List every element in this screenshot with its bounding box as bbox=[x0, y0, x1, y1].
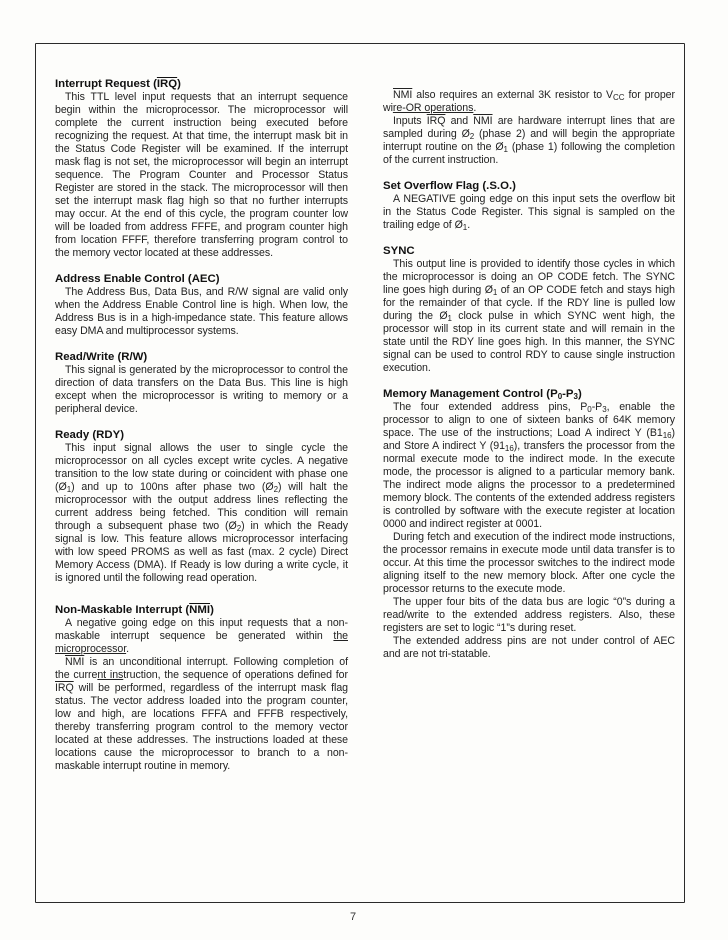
section-irq: Interrupt Request (IRQ) This TTL level i… bbox=[55, 78, 348, 260]
paragraph-sync: This output line is provided to identify… bbox=[383, 258, 675, 375]
section-aec: Address Enable Control (AEC) The Address… bbox=[55, 273, 348, 338]
paragraph-mmc-3: The upper four bits of the data bus are … bbox=[383, 596, 675, 635]
subscript-text: 16 bbox=[505, 444, 514, 453]
text-fragment: will be performed, regardless of the int… bbox=[55, 682, 348, 772]
text-fragment: IRQ bbox=[55, 682, 74, 694]
text-fragment: A negative going edge on this input requ… bbox=[55, 617, 348, 642]
text-fragment: Ø bbox=[462, 128, 470, 140]
section-nmi: Non-Maskable Interrupt (NMI) A negative … bbox=[55, 604, 348, 773]
paragraph-mmc-4: The extended address pins are not under … bbox=[383, 635, 675, 661]
heading-nmi: Non-Maskable Interrupt (NMI) bbox=[55, 604, 348, 617]
text-fragment: The four extended address pins, P bbox=[393, 401, 587, 413]
paragraph-nmi-2: NMI is an unconditional interrupt. Follo… bbox=[55, 656, 348, 773]
text-fragment: A NEGATIVE going edge on this input sets… bbox=[383, 193, 675, 231]
text-fragment: . bbox=[467, 219, 470, 231]
text-fragment: and bbox=[445, 115, 473, 127]
heading-irq: Interrupt Request (IRQ) bbox=[55, 78, 348, 91]
section-so: Set Overflow Flag (.S.O.) A NEGATIVE goi… bbox=[383, 180, 675, 232]
section-rdy: Ready (RDY) This input signal allows the… bbox=[55, 429, 348, 585]
subscript-text: 16 bbox=[663, 431, 672, 440]
paragraph-mmc-2: During fetch and execution of the indire… bbox=[383, 531, 675, 596]
text-fragment: Ø bbox=[228, 520, 236, 532]
heading-rw: Read/Write (R/W) bbox=[55, 351, 348, 364]
text-fragment: Inputs bbox=[393, 115, 427, 127]
text-fragment: -P bbox=[562, 388, 573, 400]
paragraph-interrupt-inputs: Inputs IRQ and NMI are hardware interrup… bbox=[383, 115, 675, 167]
heading-rdy: Ready (RDY) bbox=[55, 429, 348, 442]
paragraph-rw: This signal is generated by the micropro… bbox=[55, 364, 348, 416]
section-nmi-continued: NMI also requires an external 3K resisto… bbox=[383, 89, 675, 167]
text-fragment: truction, the sequence of operations def… bbox=[123, 669, 348, 681]
paragraph-so: A NEGATIVE going edge on this input sets… bbox=[383, 193, 675, 232]
text-fragment: nt ins bbox=[97, 669, 123, 681]
text-fragment: NMI bbox=[473, 115, 492, 127]
text-fragment: Ø bbox=[58, 481, 66, 493]
paragraph-mmc-1: The four extended address pins, P0-P3, e… bbox=[383, 401, 675, 531]
text-fragment: re-OR operations bbox=[393, 102, 473, 114]
paragraph-aec: The Address Bus, Data Bus, and R/W signa… bbox=[55, 286, 348, 338]
text-fragment: ) and up to 100ns after phase two ( bbox=[71, 481, 265, 493]
signal-irq: IRQ bbox=[157, 78, 177, 90]
text-fragment: NMI bbox=[393, 89, 412, 101]
text-fragment: ), transfers the processor from the norm… bbox=[383, 440, 675, 530]
text-fragment: . bbox=[126, 643, 129, 655]
text-fragment: NMI bbox=[65, 656, 84, 668]
heading-sync: SYNC bbox=[383, 245, 675, 258]
text-fragment: ) bbox=[578, 388, 582, 400]
signal-nmi: NMI bbox=[189, 604, 210, 616]
text-fragment: Ø bbox=[265, 481, 273, 493]
page-number: 7 bbox=[350, 911, 356, 923]
paragraph-rdy: This input signal allows the user to sin… bbox=[55, 442, 348, 585]
text-fragment: IRQ bbox=[427, 115, 446, 127]
section-sync: SYNC This output line is provided to ide… bbox=[383, 245, 675, 375]
section-rw: Read/Write (R/W) This signal is generate… bbox=[55, 351, 348, 416]
paragraph-irq: This TTL level input requests that an in… bbox=[55, 91, 348, 260]
heading-so: Set Overflow Flag (.S.O.) bbox=[383, 180, 675, 193]
section-mmc: Memory Management Control (P0-P3) The fo… bbox=[383, 388, 675, 661]
text-fragment: . bbox=[473, 102, 476, 114]
text-fragment: Ø bbox=[495, 141, 503, 153]
left-column: Interrupt Request (IRQ) This TTL level i… bbox=[55, 78, 348, 786]
text-fragment: -P bbox=[592, 401, 603, 413]
text-fragment: Ø bbox=[439, 310, 447, 322]
text-fragment: ) bbox=[210, 604, 214, 616]
right-column: NMI also requires an external 3K resisto… bbox=[383, 89, 675, 674]
text-fragment: Non-Maskable Interrupt ( bbox=[55, 604, 189, 616]
text-fragment: Ø bbox=[485, 284, 493, 296]
text-fragment: also requires an external 3K resistor to… bbox=[412, 89, 613, 101]
heading-aec: Address Enable Control (AEC) bbox=[55, 273, 348, 286]
text-fragment: Memory Management Control (P bbox=[383, 388, 558, 400]
paragraph-nmi-1: A negative going edge on this input requ… bbox=[55, 617, 348, 656]
text-fragment: Ø bbox=[455, 219, 463, 231]
paragraph-nmi-resistor: NMI also requires an external 3K resisto… bbox=[383, 89, 675, 115]
subscript-text: CC bbox=[613, 93, 624, 102]
heading-mmc: Memory Management Control (P0-P3) bbox=[383, 388, 675, 401]
